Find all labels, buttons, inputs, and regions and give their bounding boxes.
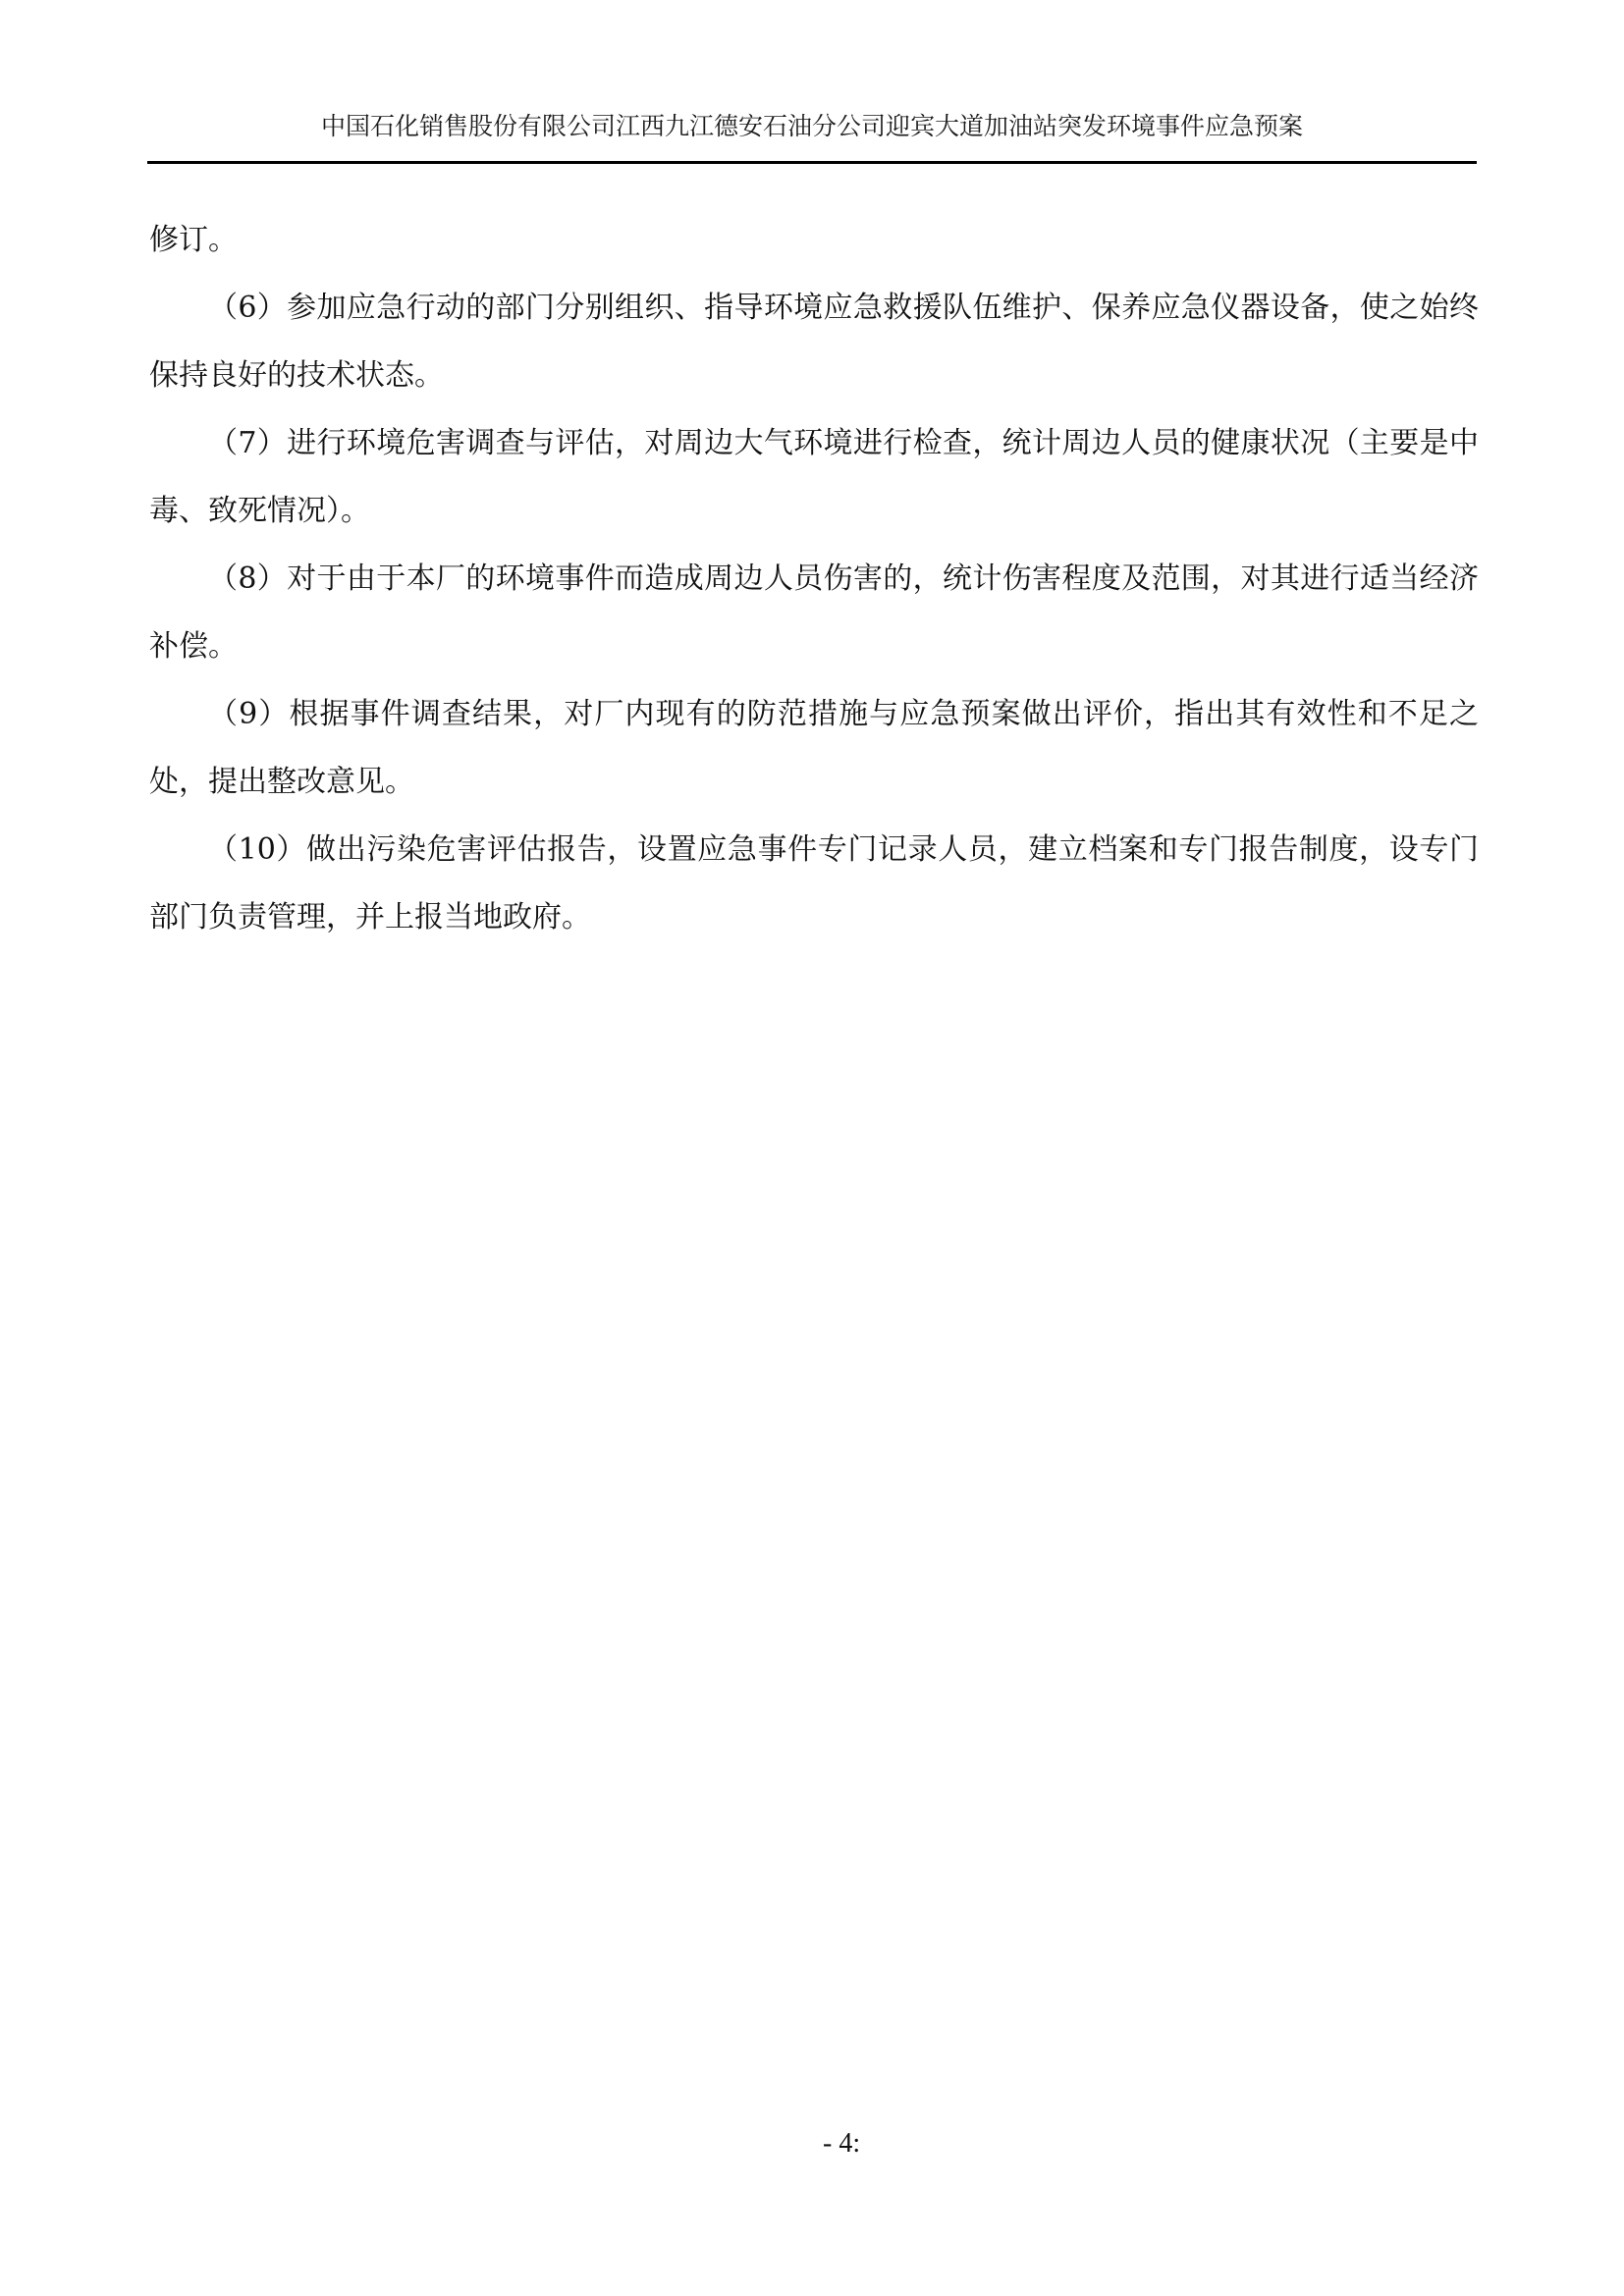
paragraph-item-10: （10）做出污染危害评估报告，设置应急事件专门记录人员，建立档案和专门报告制度，… bbox=[149, 816, 1479, 951]
page-number: - 4: bbox=[823, 2128, 860, 2160]
paragraph-continuation: 修订。 bbox=[149, 206, 1479, 274]
paragraph-item-6: （6）参加应急行动的部门分别组织、指导环境应急救援队伍维护、保养应急仪器设备，使… bbox=[149, 274, 1479, 409]
page-header-title: 中国石化销售股份有限公司江西九江德安石油分公司迎宾大道加油站突发环境事件应急预案 bbox=[147, 110, 1477, 143]
paragraph-item-9: （9）根据事件调查结果，对厂内现有的防范措施与应急预案做出评价，指出其有效性和不… bbox=[149, 680, 1479, 816]
header-divider bbox=[147, 161, 1477, 164]
document-body: 修订。 （6）参加应急行动的部门分别组织、指导环境应急救援队伍维护、保养应急仪器… bbox=[149, 206, 1479, 951]
paragraph-item-7: （7）进行环境危害调查与评估，对周边大气环境进行检查，统计周边人员的健康状况（主… bbox=[149, 409, 1479, 545]
paragraph-item-8: （8）对于由于本厂的环境事件而造成周边人员伤害的，统计伤害程度及范围，对其进行适… bbox=[149, 545, 1479, 680]
